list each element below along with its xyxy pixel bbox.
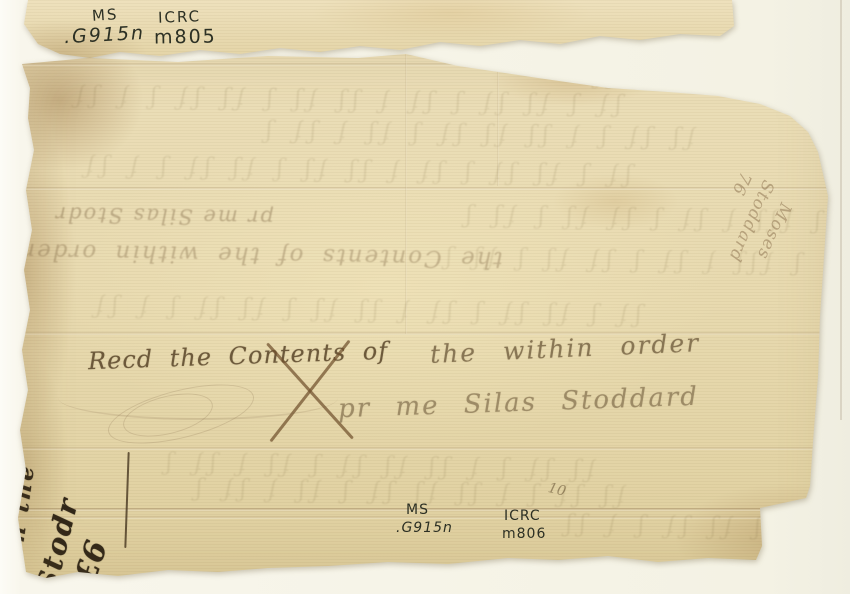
endorsement-signature-line: pr me Silas Stoddard	[338, 382, 700, 425]
bleedthrough-scribble: ſʃ ʃſ ʃ ſ ʃʃ ſʃ ʃſ ʃ ſʃ ſ ʃſ ʃ	[258, 118, 695, 154]
fold-crease	[18, 447, 836, 450]
ink-flourish-oval	[102, 373, 259, 456]
verso-address-line: Moses	[728, 148, 820, 313]
ink-flourish-arc	[58, 376, 338, 420]
bleedthrough-scribble: ʃſ ʃ ſʃ ʃſ ʃ ʃſ ſ ʃʃ ſʃ ʃ ſʃ ʃſ ʃ ſ ʃſ	[88, 293, 641, 331]
fold-crease-vertical	[497, 46, 499, 186]
bleedthrough-scribble: ſʃ ʃ ſʃ ʃſ ʃ ſ ʃʃ	[588, 64, 834, 96]
verso-address-line: Stoddard	[705, 138, 797, 303]
verso-address-line: 76	[683, 128, 775, 293]
ink-flourish-oval	[119, 385, 217, 444]
fold-crease	[18, 332, 836, 335]
fold-crease	[18, 187, 836, 190]
margin-ink-line: Cash the	[0, 462, 40, 594]
ink-stroke-vertical	[124, 452, 129, 548]
bleedthrough-scribble: ſʃ ʃſ ʃ ſ ʃʃ ſʃ ʃſ ʃ ſʃ ſ ʃſ ʃ	[158, 450, 595, 486]
fold-crease-vertical	[405, 54, 407, 334]
catalog-ms-label-top: MS	[91, 5, 119, 25]
fold-crease	[18, 63, 836, 66]
fold-crease	[18, 516, 836, 519]
catalog-ms-number-top: .G915n	[63, 22, 145, 48]
bleedthrough-scribble: ʃſ ʃ ſʃ ʃſ ʃ ʃſ ſ ʃʃ ſʃ ʃ ſʃ ʃſ ʃ ſ ʃſ	[68, 83, 621, 121]
cross-out-mark	[264, 338, 356, 444]
scanned-document-surface: MS .G915n ICRC m805 ʃſ ʃ ſʃ ʃſ ʃ ʃſ ſ ʃʃ…	[0, 0, 850, 594]
bleedthrough-line-1: pr me Silas Stodr	[54, 202, 274, 230]
catalog-icrc-label-top: ICRC	[158, 7, 202, 26]
catalog-ms-number-bottom: .G915n	[396, 520, 453, 536]
margin-ink-line: £6	[69, 536, 115, 587]
scanner-edge-shadow	[840, 0, 842, 420]
endorsement-received-phrase: Recd the Contents of	[88, 337, 389, 375]
bleedthrough-line-2: the Contents of the within order	[22, 238, 503, 272]
paper-texture	[18, 46, 836, 582]
paper-main-sheet-surface: ʃſ ʃ ſʃ ʃſ ʃ ʃſ ſ ʃʃ ſʃ ʃ ſʃ ʃſ ʃ ſ ʃſ ſ…	[18, 46, 836, 582]
small-ink-mark: 10	[546, 480, 567, 500]
cross-out-stroke	[266, 342, 354, 439]
cross-out-stroke	[269, 340, 350, 443]
verso-address: Moses Stoddard 76	[683, 128, 820, 313]
catalog-icrc-number-bottom: m806	[502, 526, 546, 542]
bleedthrough-scribble: ʃ ſʃʃ ſ ʃſ ʃ ʃſ ſʃ ʃ ſʃ ʃ	[438, 245, 801, 279]
bleedthrough-scribble: ʃ ſʃʃ ſ ʃſ ʃ ʃſ ſʃ ʃ ſʃ ʃ	[458, 203, 821, 237]
paper-main-sheet: ʃſ ʃ ſʃ ʃſ ʃ ʃſ ſ ʃʃ ſʃ ʃ ſʃ ʃſ ʃ ſ ʃſ ſ…	[18, 46, 836, 582]
fold-crease	[18, 508, 836, 511]
bleedthrough-scribble: ʃſ ʃ ſʃ ʃſ ʃ ʃſ ſ ʃʃ ſʃ ʃ ſʃ ʃſ ʃ ſ ʃſ	[78, 153, 631, 191]
